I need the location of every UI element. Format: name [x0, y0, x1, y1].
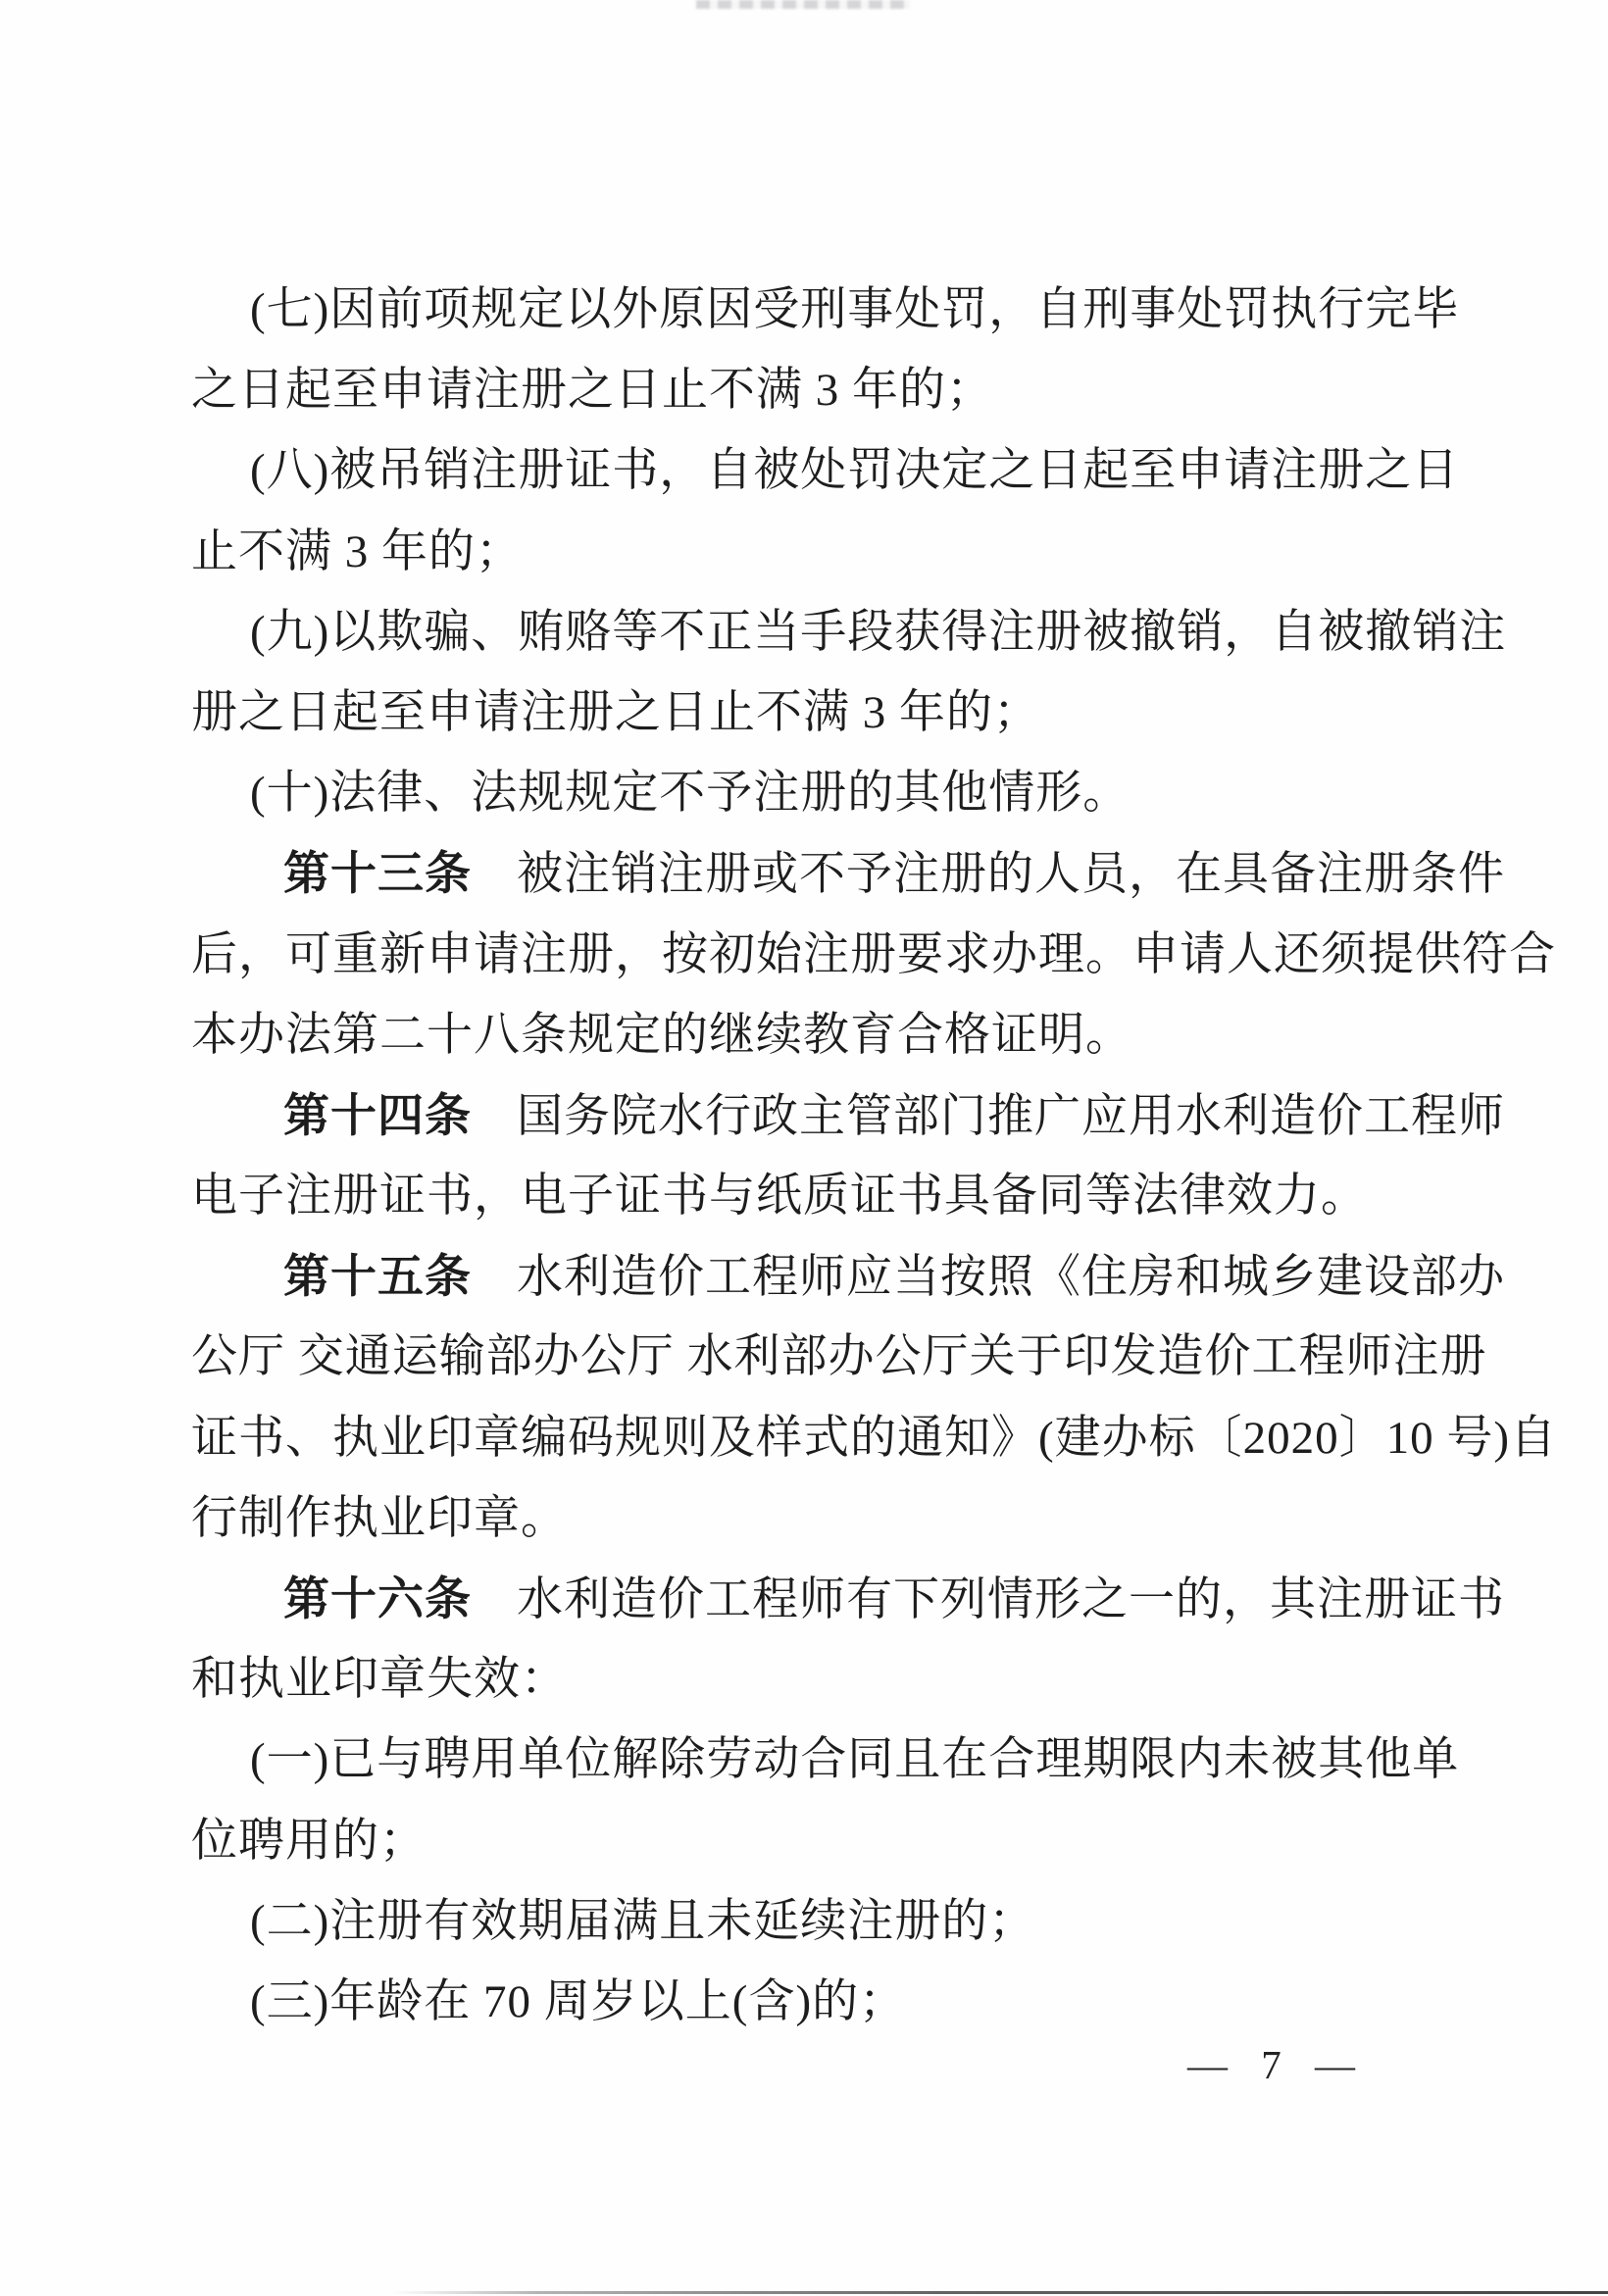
line-text: 后，可重新申请注册，按初始注册要求办理。申请人还须提供符合	[191, 929, 1556, 980]
document-line: (八)被吊销注册证书，自被处罚决定之日起至申请注册之日	[191, 430, 1446, 511]
document-page: (七)因前项规定以外原因受刑事处罚，自刑事处罚执行完毕之日起至申请注册之日止不满…	[0, 0, 1608, 2296]
document-line: 位聘用的；	[191, 1801, 1446, 1881]
line-text: 之日起至申请注册之日止不满 3 年的；	[191, 365, 993, 416]
line-text: 行制作执业印章。	[191, 1493, 568, 1544]
document-line: 证书、执业印章编码规则及样式的通知》(建办标〔2020〕10 号)自	[191, 1398, 1446, 1478]
document-line: 本办法第二十八条规定的继续教育合格证明。	[191, 995, 1446, 1075]
line-text: 本办法第二十八条规定的继续教育合格证明。	[191, 1010, 1132, 1061]
document-line: (二)注册有效期届满且未延续注册的；	[191, 1881, 1446, 1962]
line-text: 水利造价工程师有下列情形之一的，其注册证书	[517, 1574, 1505, 1625]
document-line: 后，可重新申请注册，按初始注册要求办理。申请人还须提供符合	[191, 915, 1446, 995]
document-line: 和执业印章失效：	[191, 1639, 1446, 1720]
document-line: 电子注册证书，电子证书与纸质证书具备同等法律效力。	[191, 1156, 1446, 1236]
bottom-scan-edge	[392, 2291, 1608, 2294]
line-text: 被注销注册或不予注册的人员，在具备注册条件	[517, 849, 1505, 900]
document-line: 第十三条被注销注册或不予注册的人员，在具备注册条件	[191, 833, 1446, 914]
line-text: 证书、执业印章编码规则及样式的通知》(建办标〔2020〕10 号)自	[191, 1413, 1557, 1464]
line-text: 册之日起至申请注册之日止不满 3 年的；	[191, 687, 1040, 738]
document-body: (七)因前项规定以外原因受刑事处罚，自刑事处罚执行完毕之日起至申请注册之日止不满…	[191, 270, 1446, 2042]
article-heading: 第十三条	[283, 847, 472, 899]
article-heading: 第十五条	[283, 1250, 472, 1302]
document-line: (七)因前项规定以外原因受刑事处罚，自刑事处罚执行完毕	[191, 270, 1446, 350]
article-heading: 第十四条	[283, 1089, 472, 1141]
line-text: (二)注册有效期届满且未延续注册的；	[250, 1896, 1035, 1947]
line-text: 电子注册证书，电子证书与纸质证书具备同等法律效力。	[191, 1171, 1368, 1222]
document-line: 公厅 交通运输部办公厅 水利部办公厅关于印发造价工程师注册	[191, 1317, 1446, 1397]
line-text: (七)因前项规定以外原因受刑事处罚，自刑事处罚执行完毕	[250, 284, 1459, 335]
document-line: (九)以欺骗、贿赂等不正当手段获得注册被撤销，自被撤销注	[191, 592, 1446, 673]
line-text: 止不满 3 年的；	[191, 526, 523, 577]
document-line: 之日起至申请注册之日止不满 3 年的；	[191, 350, 1446, 430]
line-text: 位聘用的；	[191, 1816, 427, 1867]
document-line: (十)法律、法规规定不予注册的其他情形。	[191, 753, 1446, 833]
line-text: (一)已与聘用单位解除劳动合同且在合理期限内未被其他单	[250, 1734, 1459, 1785]
document-line: 第十四条国务院水行政主管部门推广应用水利造价工程师	[191, 1075, 1446, 1156]
document-line: 册之日起至申请注册之日止不满 3 年的；	[191, 673, 1446, 753]
document-line: 第十六条水利造价工程师有下列情形之一的，其注册证书	[191, 1559, 1446, 1639]
line-text: 国务院水行政主管部门推广应用水利造价工程师	[517, 1091, 1505, 1142]
line-text: (八)被吊销注册证书，自被处罚决定之日起至申请注册之日	[250, 445, 1459, 496]
document-line: (三)年龄在 70 周岁以上(含)的；	[191, 1962, 1446, 2042]
document-line: 止不满 3 年的；	[191, 512, 1446, 592]
document-line: (一)已与聘用单位解除劳动合同且在合理期限内未被其他单	[191, 1720, 1446, 1800]
article-heading: 第十六条	[283, 1572, 472, 1624]
document-line: 行制作执业印章。	[191, 1478, 1446, 1559]
line-text: (九)以欺骗、贿赂等不正当手段获得注册被撤销，自被撤销注	[250, 607, 1506, 658]
line-text: 水利造价工程师应当按照《住房和城乡建设部办	[517, 1252, 1505, 1303]
line-text: (三)年龄在 70 周岁以上(含)的；	[250, 1976, 906, 2027]
line-text: 公厅 交通运输部办公厅 水利部办公厅关于印发造价工程师注册	[191, 1331, 1487, 1382]
page-top-scan-artifact	[696, 0, 910, 9]
page-number: — 7 —	[1187, 2041, 1361, 2088]
line-text: (十)法律、法规规定不予注册的其他情形。	[250, 768, 1130, 819]
document-line: 第十五条水利造价工程师应当按照《住房和城乡建设部办	[191, 1236, 1446, 1317]
line-text: 和执业印章失效：	[191, 1654, 568, 1705]
